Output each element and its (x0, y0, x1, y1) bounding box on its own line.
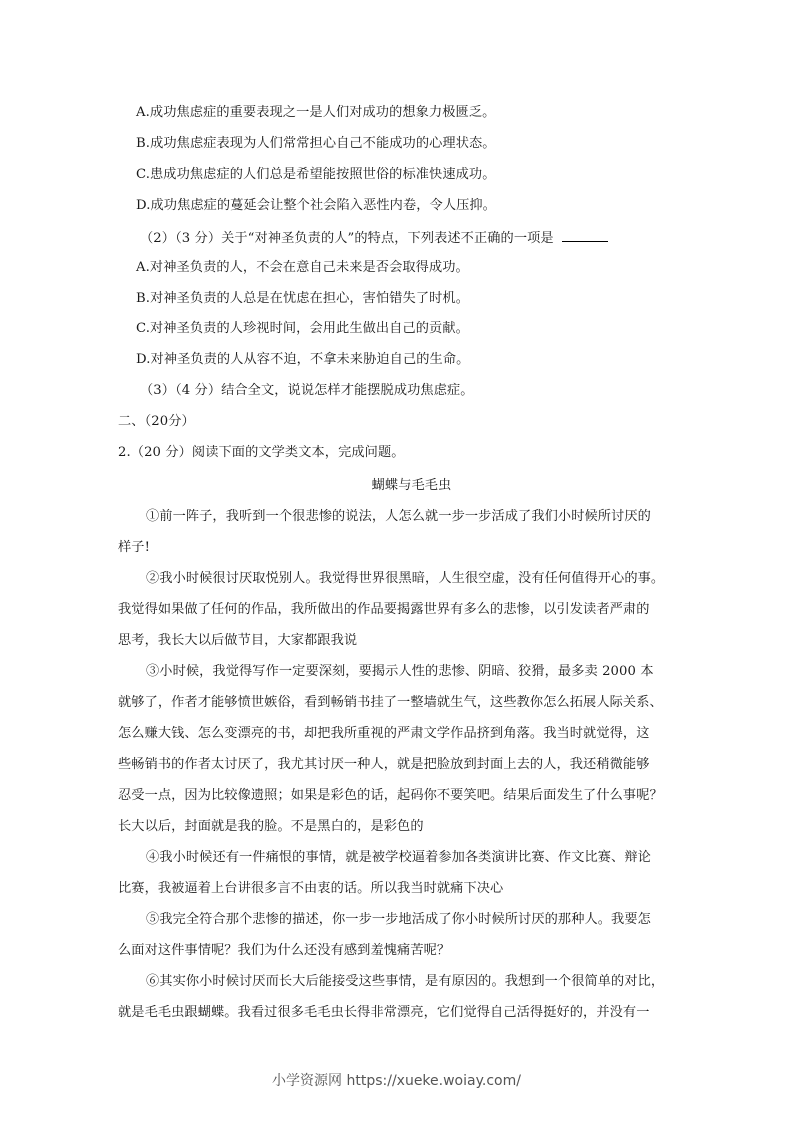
article-line: ③小时候，我觉得写作一定要深刻，要揭示人性的悲惨、阴暗、狡猾，最多卖 2000 … (146, 662, 654, 682)
q3-stem: （3）（4 分）结合全文，说说怎样才能摆脱成功焦虑症。 (140, 381, 474, 401)
article-line: 长大以后，封面就是我的脸。不是黑白的，是彩色的 (118, 817, 424, 837)
article-line: 么面对这件事情呢？我们为什么还没有感到羞愧痛苦呢？ (118, 941, 450, 961)
article-line: ①前一阵子，我听到一个很悲惨的说法，人怎么就一步一步活成了我们小时候所讨厌的 (146, 507, 651, 527)
article-line: 怎么赚大钱、怎么变漂亮的书，却把我所重视的严肃文学作品挤到角落。我当时就觉得，这 (118, 724, 650, 744)
article-line: ②我小时候很讨厌取悦别人。我觉得世界很黑暗，人生很空虚，没有任何值得开心的事。 (146, 569, 664, 589)
article-line: 就够了，作者才能够愤世嫉俗，看到畅销书挂了一整墙就生气，这些教你怎么拓展人际关系… (118, 693, 663, 713)
footer-watermark: 小学资源网 https://xueke.woiay.com/ (0, 1070, 793, 1090)
article-line: 些畅销书的作者太讨厌了，我尤其讨厌一种人，就是把脸放到封面上去的人，我还稍微能够 (118, 755, 650, 775)
section-heading: 二、（20分） (118, 412, 195, 432)
article-line: ⑥其实你小时候讨厌而长大后能接受这些事情，是有原因的。我想到一个很简单的对比， (146, 972, 664, 992)
question-2-stem: 2.（20 分）阅读下面的文学类文本，完成问题。 (118, 443, 405, 463)
article-line: 我觉得如果做了任何的作品，我所做出的作品要揭露世界有多么的悲惨，以引发读者严肃的 (118, 600, 650, 620)
q2-option-b: B.对神圣负责的人总是在忧虑在担心，害怕错失了时机。 (136, 289, 469, 309)
q1-option-a: A.成功焦虑症的重要表现之一是人们对成功的想象力极匮乏。 (136, 103, 495, 123)
article-line: 思考，我长大以后做节目，大家都跟我说 (118, 631, 357, 651)
q2-stem-text: （2）（3 分）关于“对神圣负责的人”的特点，下列表述不正确的一项是 (140, 231, 554, 246)
q1-option-c: C.患成功焦虑症的人们总是希望能按照世俗的标准快速成功。 (136, 165, 495, 185)
article-line: 样子! (118, 538, 150, 558)
q2-stem: （2）（3 分）关于“对神圣负责的人”的特点，下列表述不正确的一项是 (140, 227, 608, 249)
q2-option-d: D.对神圣负责的人从容不迫，不拿未来胁迫自己的生命。 (136, 350, 469, 370)
q2-option-a: A.对神圣负责的人，不会在意自己未来是否会取得成功。 (136, 258, 469, 278)
answer-blank (562, 227, 608, 242)
article-line: 比赛，我被逼着上台讲很多言不由衷的话。所以我当时就痛下决心 (118, 879, 503, 899)
q2-option-c: C.对神圣负责的人珍视时间，会用此生做出自己的贡献。 (136, 319, 469, 339)
article-line: 就是毛毛虫跟蝴蝶。我看过很多毛毛虫长得非常漂亮，它们觉得自己活得挺好的，并没有一 (118, 1003, 650, 1023)
article-line: 忍受一点，因为比较像遗照；如果是彩色的话，起码你不要笑吧。结果后面发生了什么事呢… (118, 786, 663, 806)
q1-option-d: D.成功焦虑症的蔓延会让整个社会陷入恶性内卷，令人压抑。 (136, 196, 496, 216)
article-line: ④我小时候还有一件痛恨的事情，就是被学校逼着参加各类演讲比赛、作文比赛、辩论 (146, 848, 651, 868)
q1-option-b: B.成功焦虑症表现为人们常常担心自己不能成功的心理状态。 (136, 134, 496, 154)
article-line: ⑤我完全符合那个悲惨的描述，你一步一步地活成了你小时候所讨厌的那种人。我要怎 (146, 910, 651, 930)
article-title: 蝴蝶与毛毛虫 (0, 476, 793, 496)
